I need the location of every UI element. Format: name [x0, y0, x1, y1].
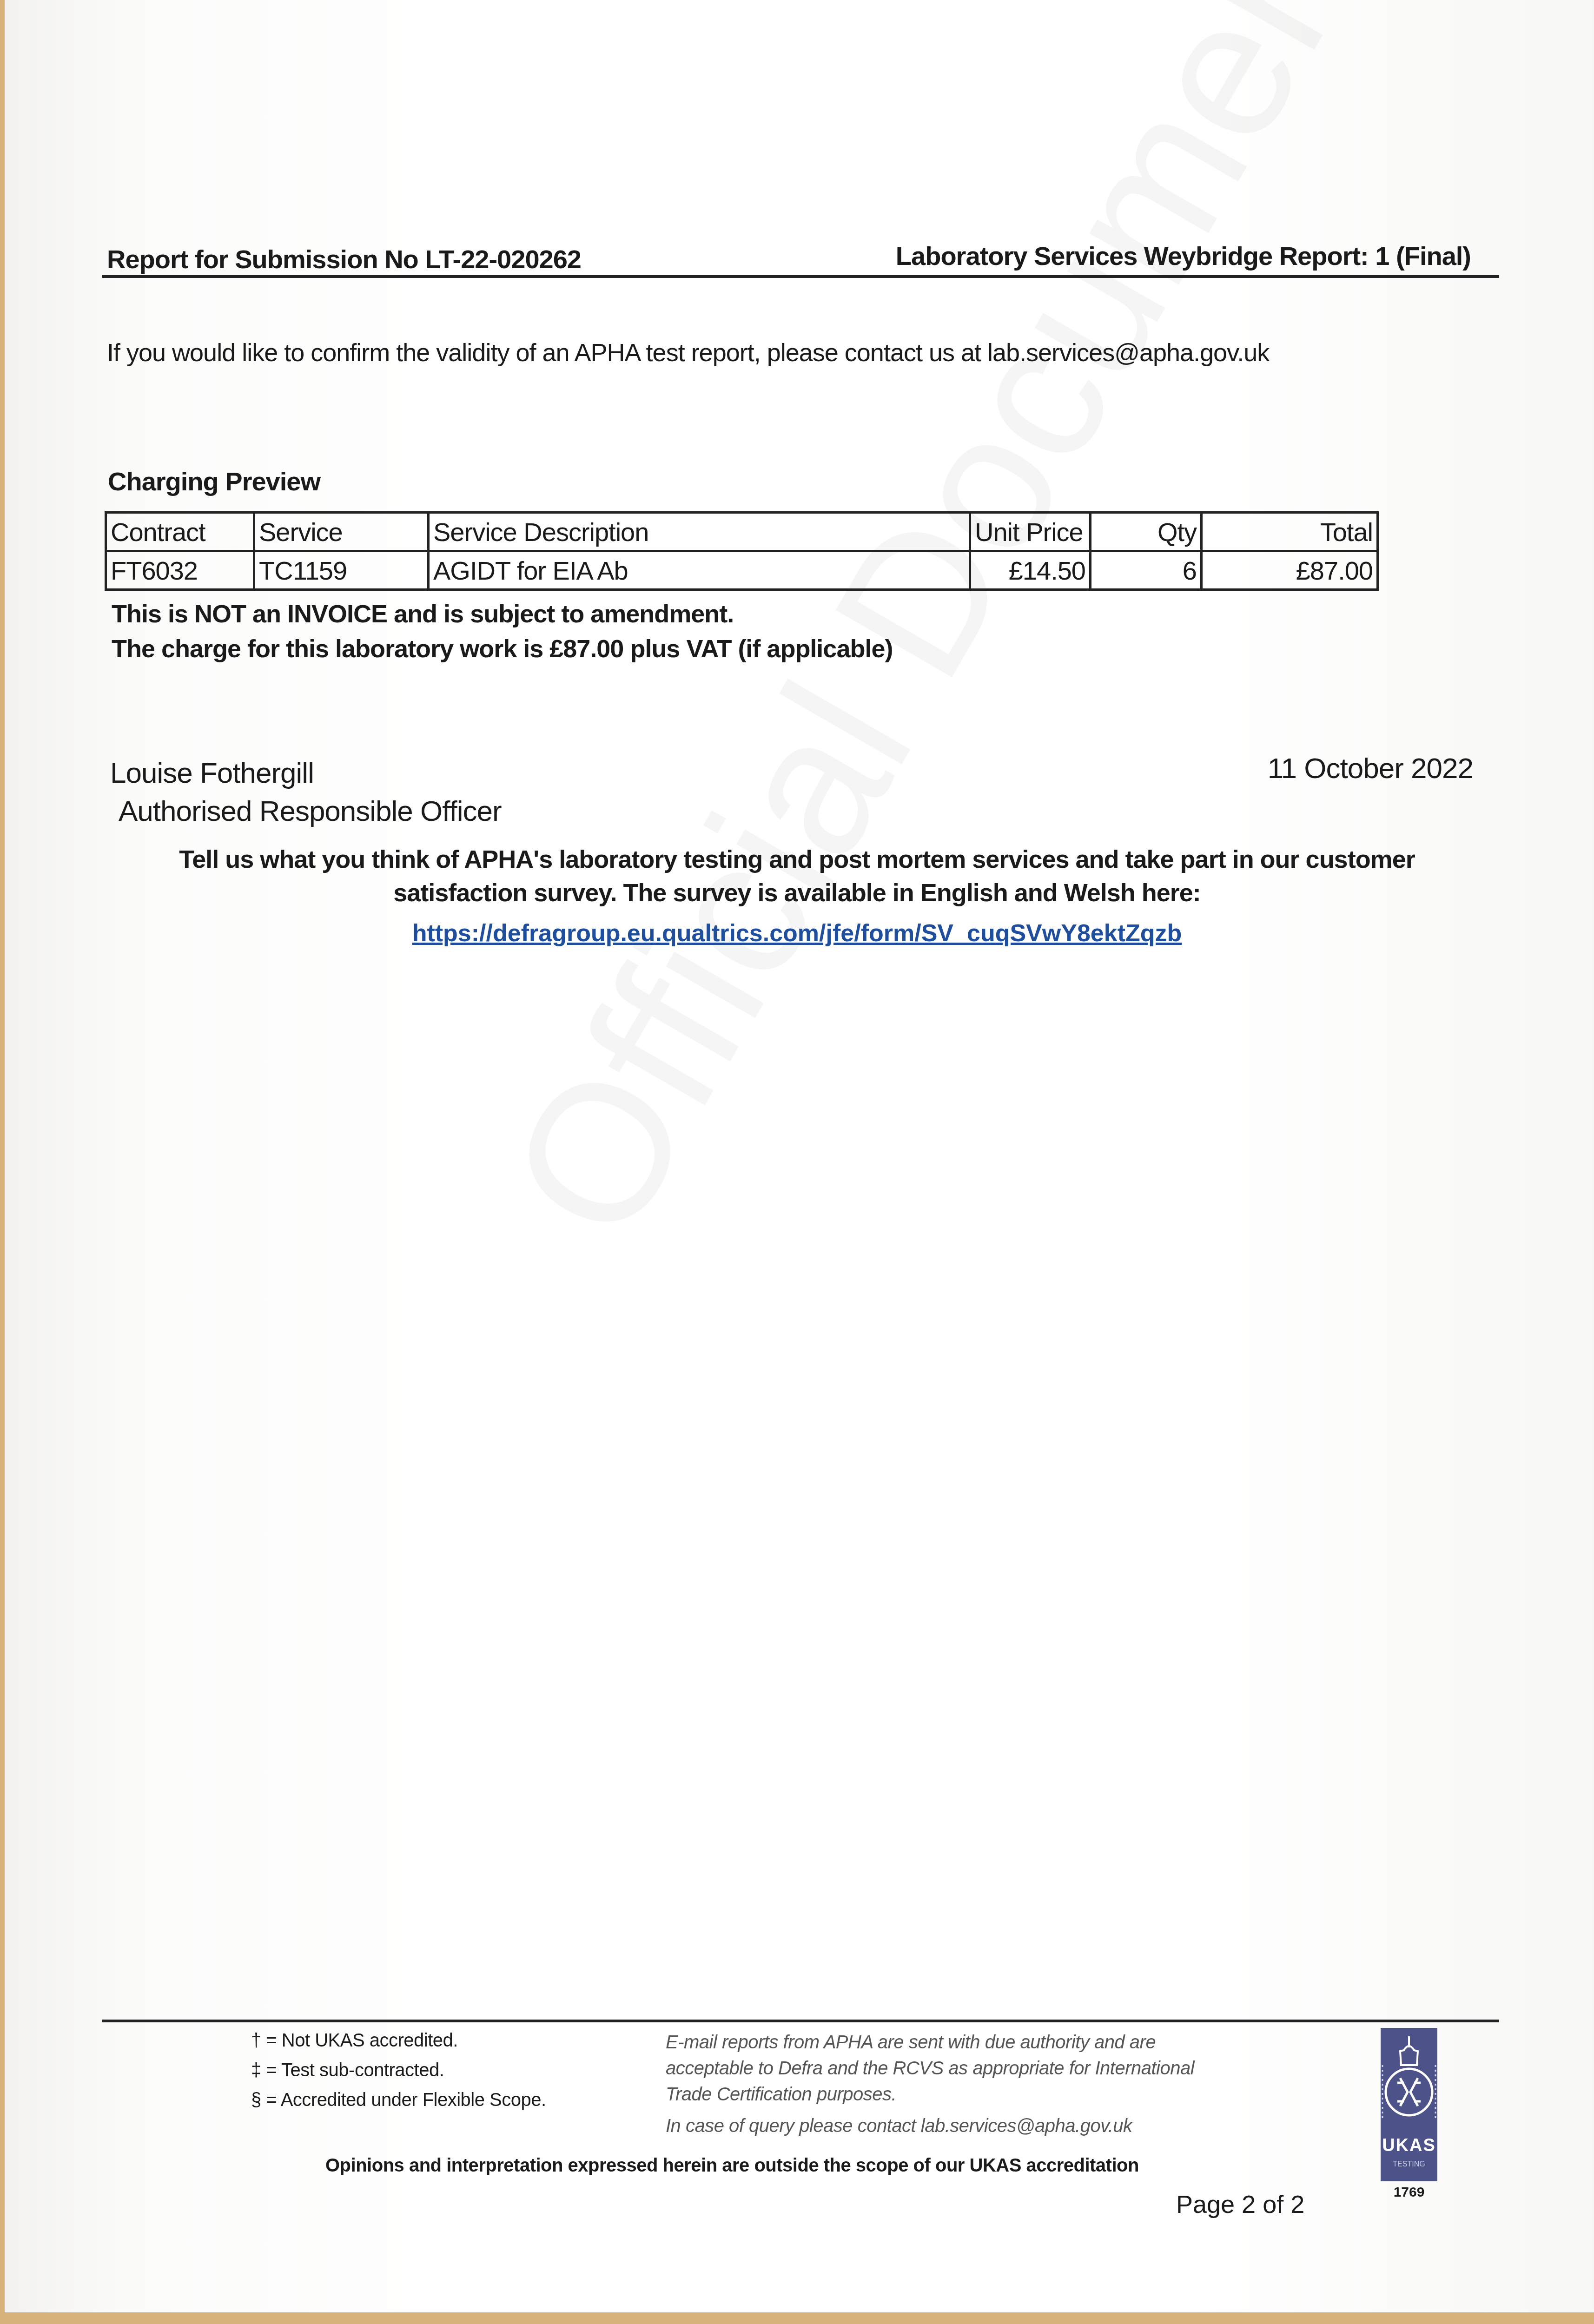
report-title: Laboratory Services Weybridge Report: 1 … — [896, 241, 1471, 271]
opinions-disclaimer: Opinions and interpretation expressed he… — [325, 2155, 1139, 2176]
cell-contract: FT6032 — [106, 551, 254, 590]
table-row: FT6032 TC1159 AGIDT for EIA Ab £14.50 6 … — [106, 551, 1378, 590]
footer-divider — [102, 2020, 1499, 2022]
cell-qty: 6 — [1091, 551, 1202, 590]
survey-link[interactable]: https://defragroup.eu.qualtrics.com/jfe/… — [412, 920, 1182, 947]
header-divider — [102, 275, 1499, 278]
cell-total: £87.00 — [1202, 551, 1378, 590]
validity-notice: If you would like to confirm the validit… — [107, 338, 1269, 367]
not-invoice-note: This is NOT an INVOICE and is subject to… — [112, 600, 734, 628]
charging-title: Charging Preview — [108, 466, 320, 496]
ukas-label: UKAS — [1381, 2136, 1437, 2156]
signatory-role: Authorised Responsible Officer — [119, 795, 502, 828]
col-unit-price: Unit Price — [970, 513, 1091, 551]
col-description: Service Description — [429, 513, 970, 551]
col-contract: Contract — [106, 513, 254, 551]
submission-number: Report for Submission No LT-22-020262 — [107, 244, 581, 274]
email-notice-line3: Trade Certification purposes. — [666, 2084, 896, 2105]
email-notice-line1: E-mail reports from APHA are sent with d… — [666, 2032, 1156, 2053]
signatory-name: Louise Fothergill — [110, 757, 314, 790]
ukas-crown-icon — [1381, 2028, 1437, 2181]
cell-unit-price: £14.50 — [970, 551, 1091, 590]
col-total: Total — [1202, 513, 1378, 551]
charges-table: Contract Service Service Description Uni… — [105, 511, 1379, 591]
legend-not-accredited: † = Not UKAS accredited. — [251, 2030, 458, 2051]
legend-subcontracted: ‡ = Test sub-contracted. — [251, 2060, 444, 2081]
report-date: 11 October 2022 — [1268, 752, 1473, 785]
ukas-number: 1769 — [1381, 2185, 1437, 2200]
cell-description: AGIDT for EIA Ab — [429, 551, 970, 590]
ukas-sub: TESTING — [1381, 2160, 1437, 2169]
cell-service: TC1159 — [254, 551, 429, 590]
ukas-logo: UKAS TESTING — [1381, 2028, 1437, 2181]
table-header-row: Contract Service Service Description Uni… — [106, 513, 1378, 551]
survey-text-line1: Tell us what you think of APHA's laborat… — [0, 845, 1594, 874]
legend-flexible-scope: § = Accredited under Flexible Scope. — [251, 2090, 546, 2111]
page-number: Page 2 of 2 — [1176, 2190, 1304, 2219]
charge-note: The charge for this laboratory work is £… — [112, 634, 893, 663]
col-service: Service — [254, 513, 429, 551]
survey-text-line2: satisfaction survey. The survey is avail… — [0, 878, 1594, 907]
query-contact: In case of query please contact lab.serv… — [666, 2116, 1132, 2137]
email-notice-line2: acceptable to Defra and the RCVS as appr… — [666, 2058, 1194, 2079]
col-qty: Qty — [1091, 513, 1202, 551]
